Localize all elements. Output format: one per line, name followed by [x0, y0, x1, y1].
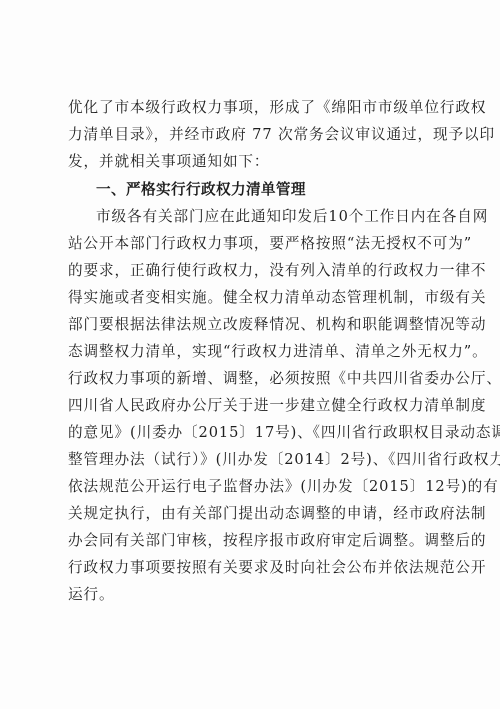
section-heading-1: 一、严格实行行政权力清单管理 [96, 176, 306, 203]
text-line: 优化了市本级行政权力事项，形成了《绵阳市市级单位行政权 [68, 94, 434, 121]
text-line: 市级各有关部门应在此通知印发后10个工作日内在各自网 [96, 203, 434, 230]
text-line: 办会同有关部门审核，按程序报市政府审定后调整。调整后的 [68, 527, 434, 554]
text-line: 得实施或者变相实施。健全权力清单动态管理机制，市级有关 [68, 284, 434, 311]
text-line: 四川省人民政府办公厅关于进一步建立健全行政权力清单制度 [68, 392, 434, 419]
text-line: 运行。 [68, 581, 434, 608]
text-line: 力清单目录》，并经市政府 77 次常务会议审议通过，现予以印 [68, 121, 434, 148]
text-line: 关规定执行，由有关部门提出动态调整的申请，经市政府法制 [68, 500, 434, 527]
document-page: 优化了市本级行政权力事项，形成了《绵阳市市级单位行政权 力清单目录》，并经市政府… [0, 0, 500, 709]
text-line: 行政权力事项要按照有关要求及时向社会公布并依法规范公开 [68, 554, 434, 581]
text-line: 整管理办法（试行）》(川办发〔2014〕2号)、《四川省行政权力 [68, 446, 434, 473]
text-line: 站公开本部门行政权力事项，要严格按照“法无授权不可为” [68, 230, 434, 257]
text-line: 依法规范公开运行电子监督办法》(川办发〔2015〕12号)的有 [68, 473, 434, 500]
text-line: 态调整权力清单，实现“行政权力进清单、清单之外无权力”。 [68, 338, 434, 365]
text-line: 的要求，正确行使行政权力，没有列入清单的行政权力一律不 [68, 257, 434, 284]
text-line: 的意见》(川委办〔2015〕17号)、《四川省行政职权目录动态调 [68, 419, 434, 446]
text-line: 部门要根据法律法规立改废释情况、机构和职能调整情况等动 [68, 311, 434, 338]
text-line: 行政权力事项的新增、调整，必须按照《中共四川省委办公厅、 [68, 365, 434, 392]
text-line: 发，并就相关事项通知如下： [68, 148, 434, 175]
